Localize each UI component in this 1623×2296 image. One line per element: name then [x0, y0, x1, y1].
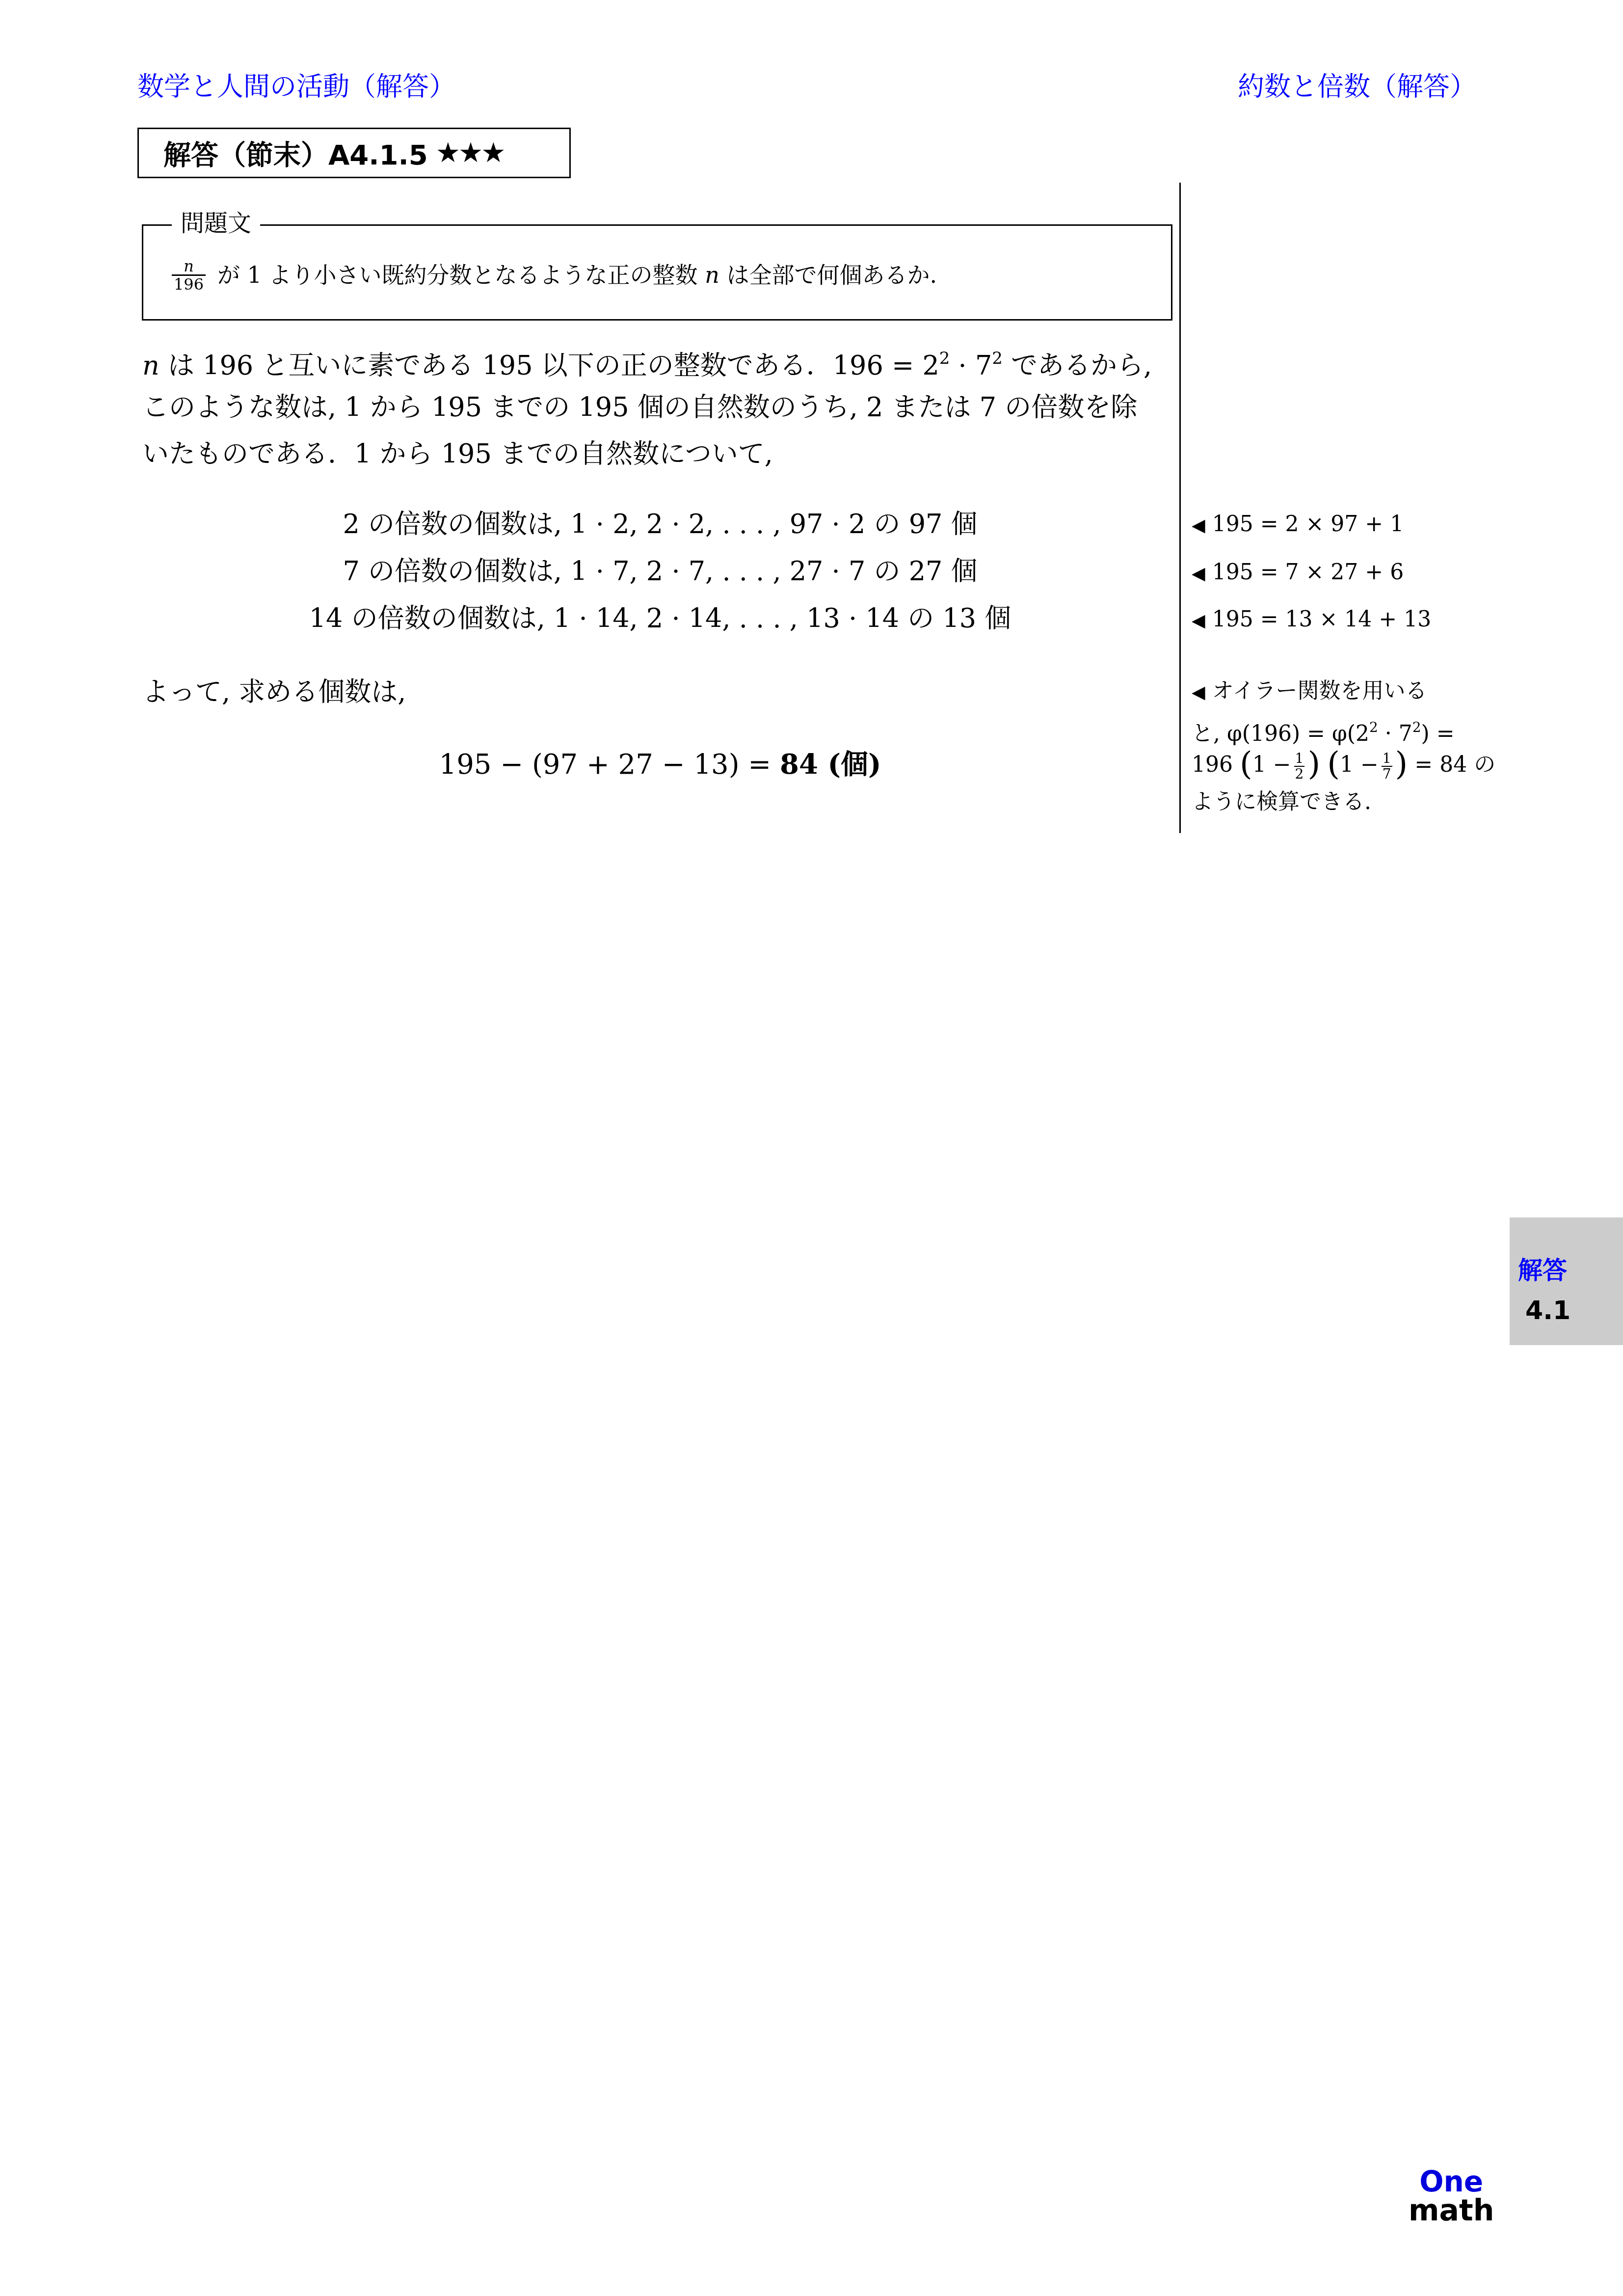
side-note-3: ◀195 = 13 × 14 + 13: [1192, 602, 1431, 639]
margin-divider: [1179, 183, 1181, 833]
multiples-of-7: 7 の倍数の個数は, 1 · 7, 2 · 7, . . . , 27 · 7 …: [142, 548, 1178, 595]
final-answer: 84 (個): [780, 748, 881, 781]
final-equation: 195 − (97 + 27 − 13) = 84 (個): [142, 742, 1178, 787]
euler-note-line-1: ◀オイラー関数を用いる: [1192, 674, 1427, 710]
side-tab-number: 4.1: [1525, 1296, 1570, 1325]
difficulty-stars-icon: ★★★: [436, 137, 504, 169]
logo-math: math: [1409, 2196, 1494, 2225]
header-chapter-title: 数学と人間の活動（解答）: [137, 74, 455, 100]
left-triangle-icon: ◀: [1192, 611, 1205, 631]
onemath-logo: One math: [1409, 2167, 1494, 2225]
solution-line-1: n は 196 と互いに素である 195 以下の正の整数である．196 = 22…: [142, 334, 1152, 390]
left-triangle-icon: ◀: [1192, 682, 1205, 702]
solution-line-2: このような数は, 1 から 195 までの 195 個の自然数のうち, 2 また…: [142, 383, 1137, 432]
conclusion-text: よって, 求める個数は,: [142, 668, 406, 717]
side-tab-label: 解答: [1518, 1251, 1567, 1286]
side-note-2: ◀195 = 7 × 27 + 6: [1192, 555, 1404, 592]
solution-line-3: いたものである．1 から 195 までの自然数について,: [142, 430, 773, 479]
header-section-title: 約数と倍数（解答）: [1238, 74, 1476, 100]
multiples-of-2: 2 の倍数の個数は, 1 · 2, 2 · 2, . . . , 97 · 2 …: [142, 501, 1178, 548]
left-triangle-icon: ◀: [1192, 564, 1205, 584]
multiples-of-14: 14 の倍数の個数は, 1 · 14, 2 · 14, . . . , 13 ·…: [142, 595, 1178, 642]
exercise-title-box: 解答（節末）A4.1.5 ★★★: [137, 128, 571, 178]
euler-note-line-3: 196 (1 −12) (1 −17) = 84 の: [1192, 746, 1495, 783]
problem-statement: n 196 が 1 より小さい既約分数となるような正の整数 n は全部で何個ある…: [172, 255, 937, 295]
euler-note-line-2: と, φ(196) = φ(22 · 72) =: [1192, 710, 1455, 752]
left-triangle-icon: ◀: [1192, 515, 1205, 536]
exercise-title: 解答（節末）A4.1.5: [163, 134, 428, 173]
fraction-one-half: 12: [1294, 751, 1305, 782]
fraction-one-seventh: 17: [1382, 751, 1392, 782]
fraction-n-over-196: n 196: [172, 258, 206, 293]
logo-one: One: [1409, 2167, 1494, 2196]
problem-label: 問題文: [172, 209, 260, 238]
side-note-1: ◀195 = 2 × 97 + 1: [1192, 507, 1404, 543]
euler-note-line-4: ように検算できる.: [1192, 784, 1371, 820]
chapter-side-tab: 解答 4.1: [1510, 1217, 1623, 1345]
